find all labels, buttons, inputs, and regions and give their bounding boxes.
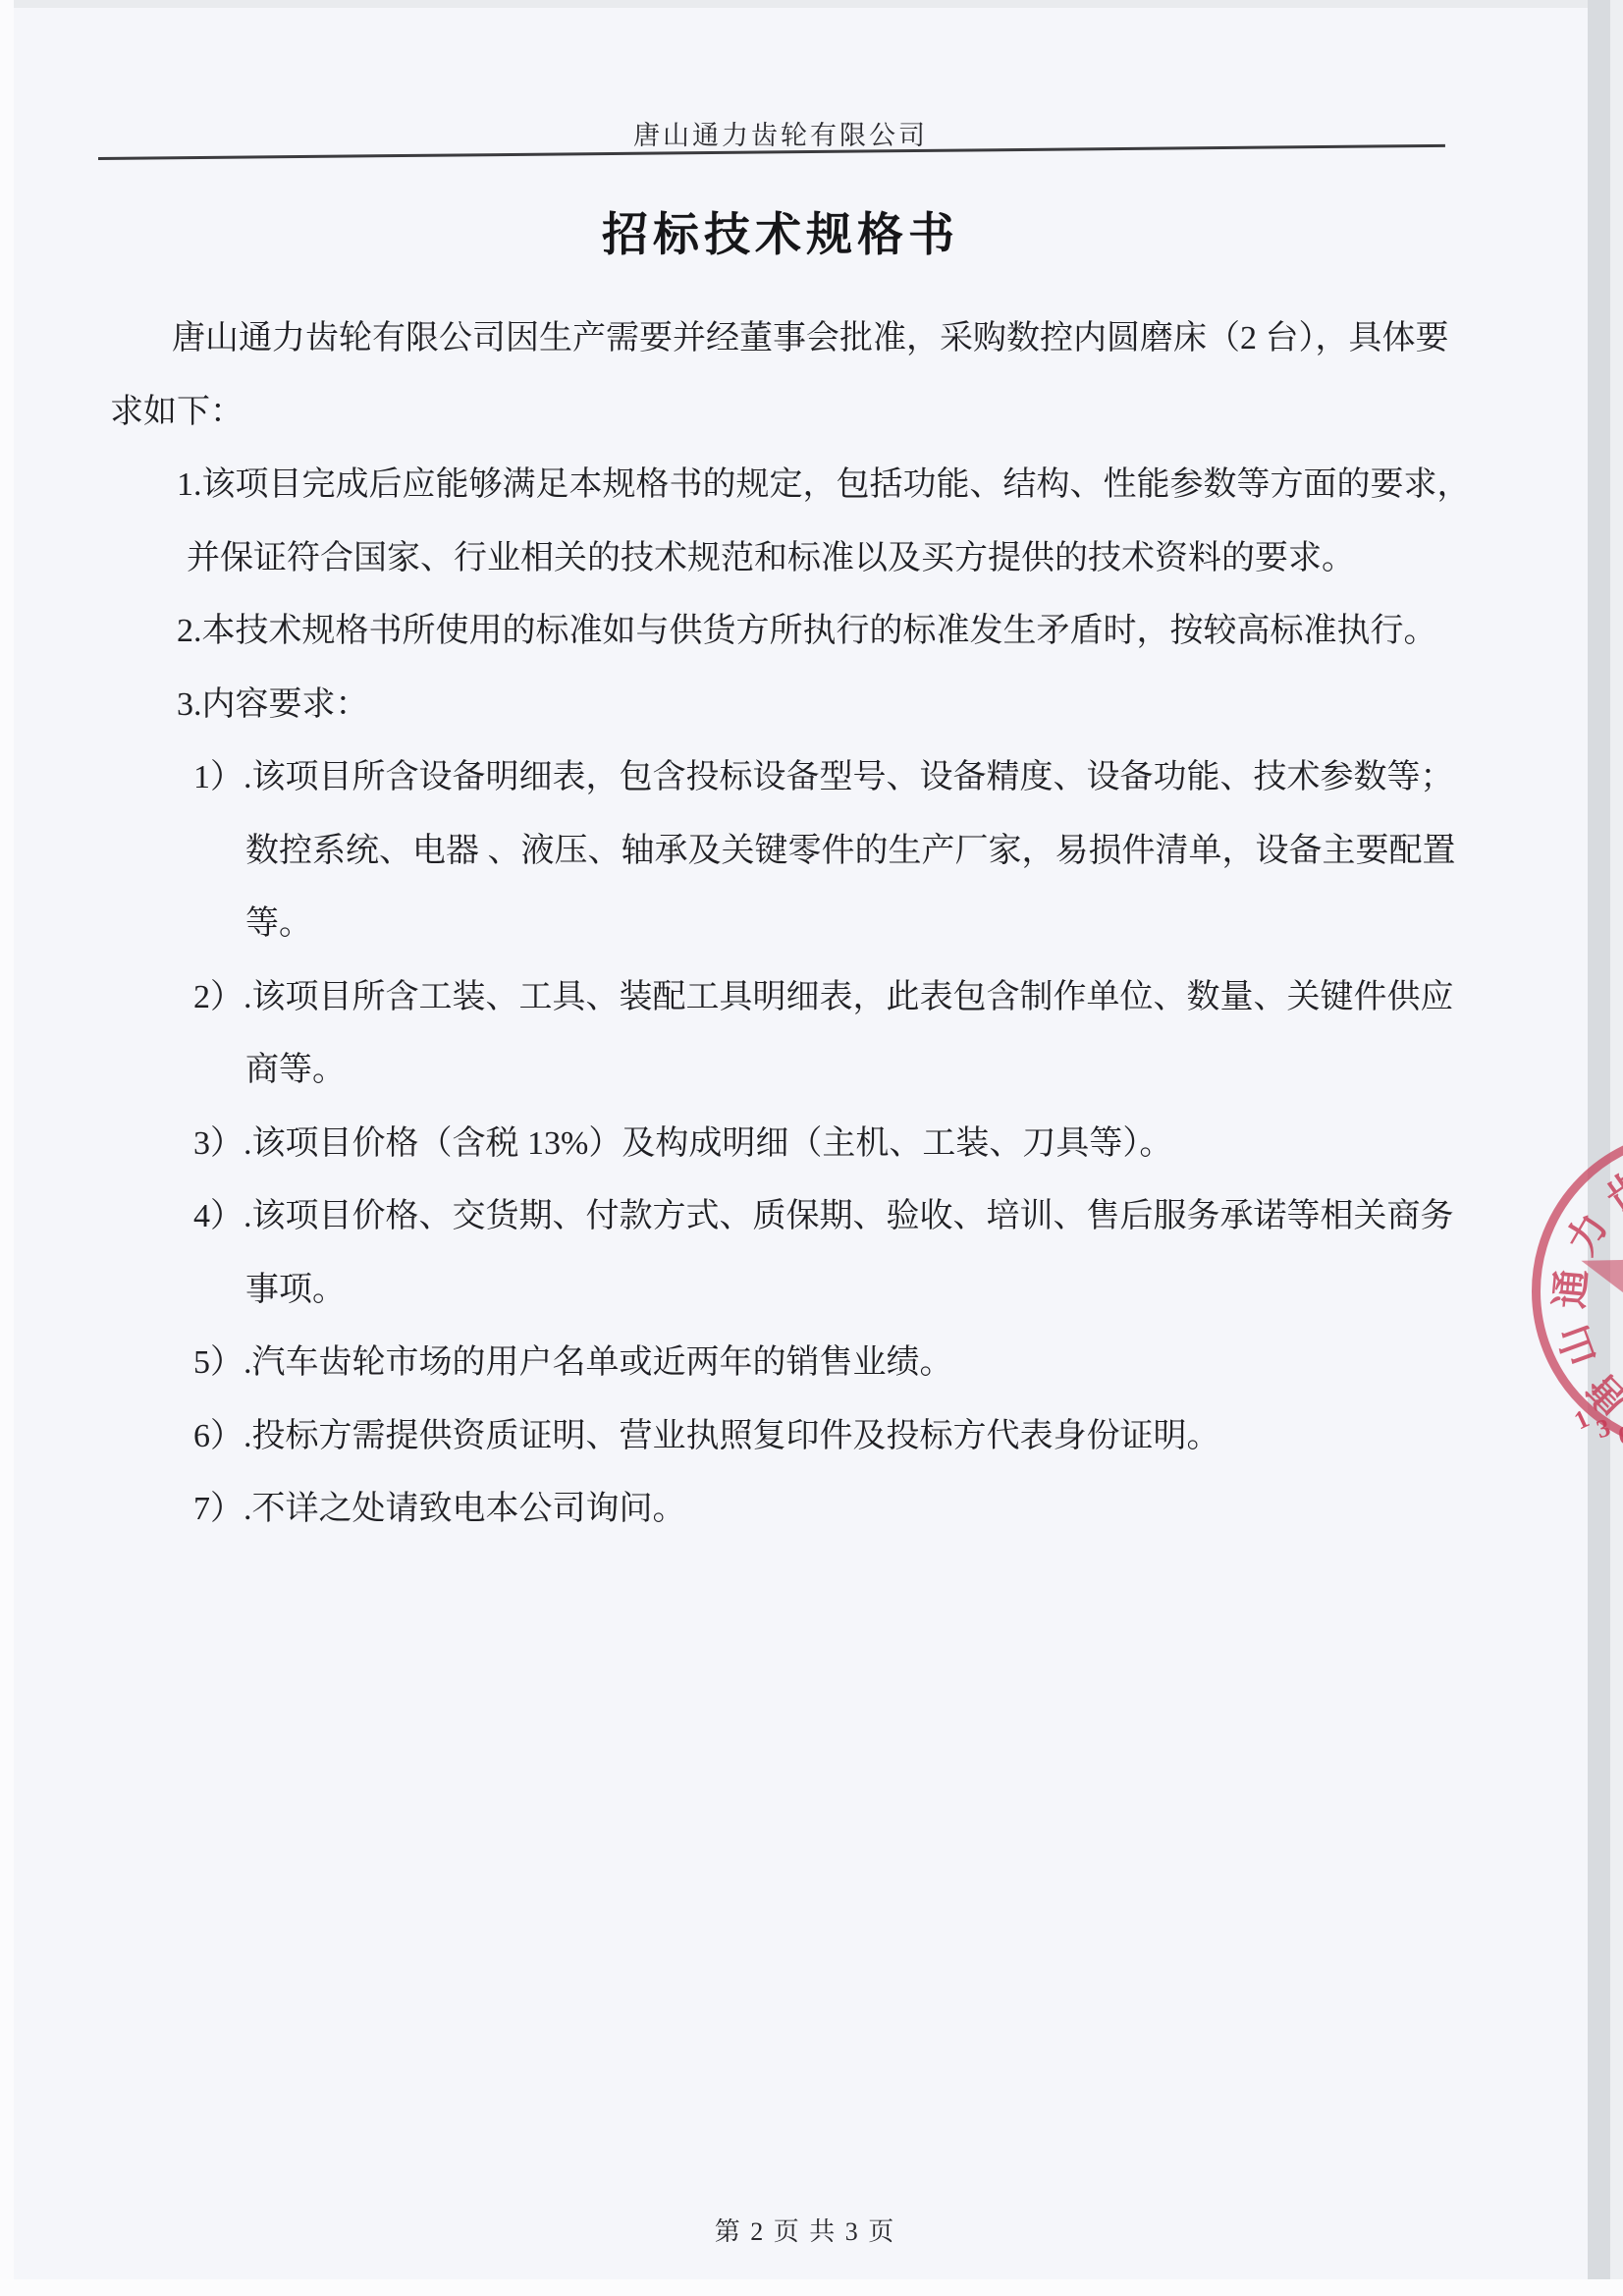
text-line: 3）.该项目价格（含税 13%）及构成明细（主机、工装、刀具等）。	[98, 1108, 1512, 1181]
text-line: 求如下：	[98, 376, 1512, 450]
scan-edge-left	[0, 0, 14, 2296]
document-body: 唐山通力齿轮有限公司因生产需要并经董事会批准，采购数控内圆磨床（2 台），具体要…	[98, 302, 1512, 1547]
text-line: 5）.汽车齿轮市场的用户名单或近两年的销售业绩。	[98, 1327, 1512, 1400]
page-footer: 第 2 页 共 3 页	[98, 2212, 1512, 2248]
text-line: 商等。	[98, 1034, 1512, 1108]
document-title: 招标技术规格书	[98, 198, 1463, 264]
text-line: 4）.该项目价格、交货期、付款方式、质保期、验收、培训、售后服务承诺等相关商务	[98, 1180, 1512, 1254]
text-line: 1.该项目完成后应能够满足本规格书的规定，包括功能、结构、性能参数等方面的要求，	[98, 449, 1512, 522]
text-line: 等。	[98, 888, 1512, 961]
scanned-document-page: 唐山通力齿轮有限公司 招标技术规格书 唐山通力齿轮有限公司因生产需要并经董事会批…	[0, 0, 1623, 2296]
company-seal-stamp: 唐山通力齿130	[1532, 1129, 1623, 1453]
scan-edge-top	[0, 0, 1623, 8]
text-line: 3.内容要求：	[98, 669, 1512, 742]
text-line: 6）.投标方需提供资质证明、营业执照复印件及投标方代表身份证明。	[98, 1400, 1512, 1474]
text-line: 事项。	[98, 1254, 1512, 1328]
text-line: 并保证符合国家、行业相关的技术规范和标准以及买方提供的技术资料的要求。	[98, 522, 1512, 596]
text-line: 1）.该项目所含设备明细表，包含投标设备型号、设备精度、设备功能、技术参数等；	[98, 741, 1512, 815]
text-line: 数控系统、电器 、液压、轴承及关键零件的生产厂家，易损件清单，设备主要配置	[98, 815, 1512, 889]
seal-arc-character: 通	[1539, 1267, 1597, 1311]
text-line: 7）.不详之处请致电本公司询问。	[98, 1473, 1512, 1547]
scan-edge-bottom	[0, 2279, 1623, 2296]
text-line: 唐山通力齿轮有限公司因生产需要并经董事会批准，采购数控内圆磨床（2 台），具体要	[98, 302, 1512, 376]
text-line: 2）.该项目所含工装、工具、装配工具明细表，此表包含制作单位、数量、关键件供应	[98, 961, 1512, 1035]
text-line: 2.本技术规格书所使用的标准如与供货方所执行的标准发生矛盾时，按较高标准执行。	[98, 595, 1512, 669]
